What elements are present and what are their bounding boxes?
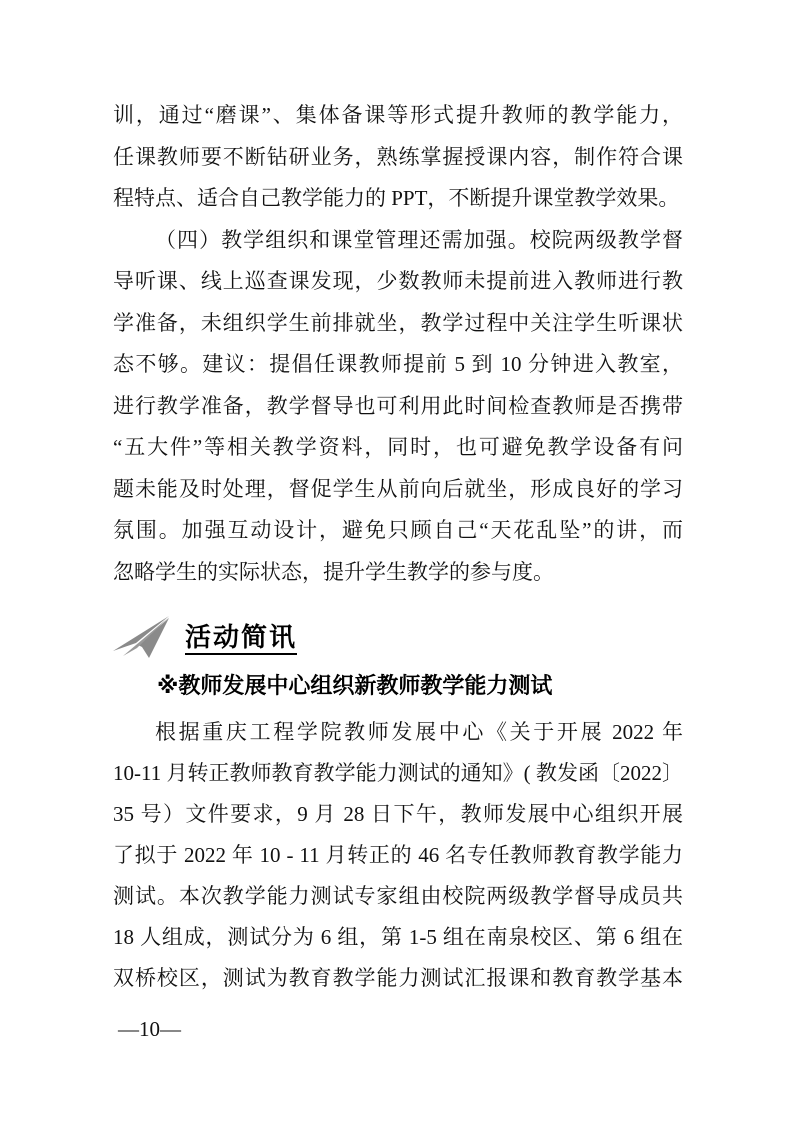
body-text: 训，通过“磨课”、集体备课等形式提升教师的教学能力， 任课教师要不断钻研业务，熟… — [113, 95, 683, 593]
paragraph-line: 测试。本次教学能力测试专家组由校院两级教学督导成员共 — [113, 876, 683, 917]
paragraph-line: 学准备，未组织学生前排就坐，教学过程中关注学生听课状 — [113, 303, 683, 345]
section-header: 活动简讯 — [113, 614, 297, 664]
paragraph-line: 态不够。建议：提倡任课教师提前 5 到 10 分钟进入教室， — [113, 344, 683, 386]
paragraph-line: 根据重庆工程学院教师发展中心《关于开展 2022 年 — [113, 712, 683, 753]
paragraph-line: 双桥校区，测试为教育教学能力测试汇报课和教育教学基本 — [113, 958, 683, 999]
paragraph-line: 进行教学准备，教学督导也可利用此时间检查教师是否携带 — [113, 386, 683, 428]
paragraph-line: 题未能及时处理，督促学生从前向后就坐，形成良好的学习 — [113, 469, 683, 511]
paragraph-line: 程特点、适合自己教学能力的 PPT，不断提升课堂教学效果。 — [113, 178, 683, 220]
article-subheading: ※教师发展中心组织新教师教学能力测试 — [113, 671, 683, 701]
article-text: 根据重庆工程学院教师发展中心《关于开展 2022 年 10-11 月转正教师教育… — [113, 712, 683, 999]
paragraph-line: 35 号）文件要求，9 月 28 日下午，教师发展中心组织开展 — [113, 794, 683, 835]
paragraph-line: 氛围。加强互动设计，避免只顾自己“天花乱坠”的讲，而 — [113, 510, 683, 552]
paragraph-line: 忽略学生的实际状态，提升学生教学的参与度。 — [113, 552, 683, 594]
paragraph-line: 训，通过“磨课”、集体备课等形式提升教师的教学能力， — [113, 95, 683, 137]
paragraph-line: 了拟于 2022 年 10 - 11 月转正的 46 名专任教师教育教学能力 — [113, 835, 683, 876]
paragraph-line: 18 人组成，测试分为 6 组，第 1-5 组在南泉校区、第 6 组在 — [113, 917, 683, 958]
paragraph-line: （四）教学组织和课堂管理还需加强。校院两级教学督 — [113, 220, 683, 262]
paragraph-line: 导听课、线上巡查课发现，少数教师未提前进入教师进行教 — [113, 261, 683, 303]
document-page: 训，通过“磨课”、集体备课等形式提升教师的教学能力， 任课教师要不断钻研业务，熟… — [0, 0, 793, 1122]
paragraph-line: 任课教师要不断钻研业务，熟练掌握授课内容，制作符合课 — [113, 137, 683, 179]
paragraph-line: 10-11 月转正教师教育教学能力测试的通知》( 教发函〔2022〕 — [113, 753, 683, 794]
page-number: —10— — [118, 1014, 181, 1044]
section-title: 活动简讯 — [185, 623, 297, 656]
paper-plane-icon — [113, 616, 185, 663]
paragraph-line: “五大件”等相关教学资料，同时，也可避免教学设备有问 — [113, 427, 683, 469]
